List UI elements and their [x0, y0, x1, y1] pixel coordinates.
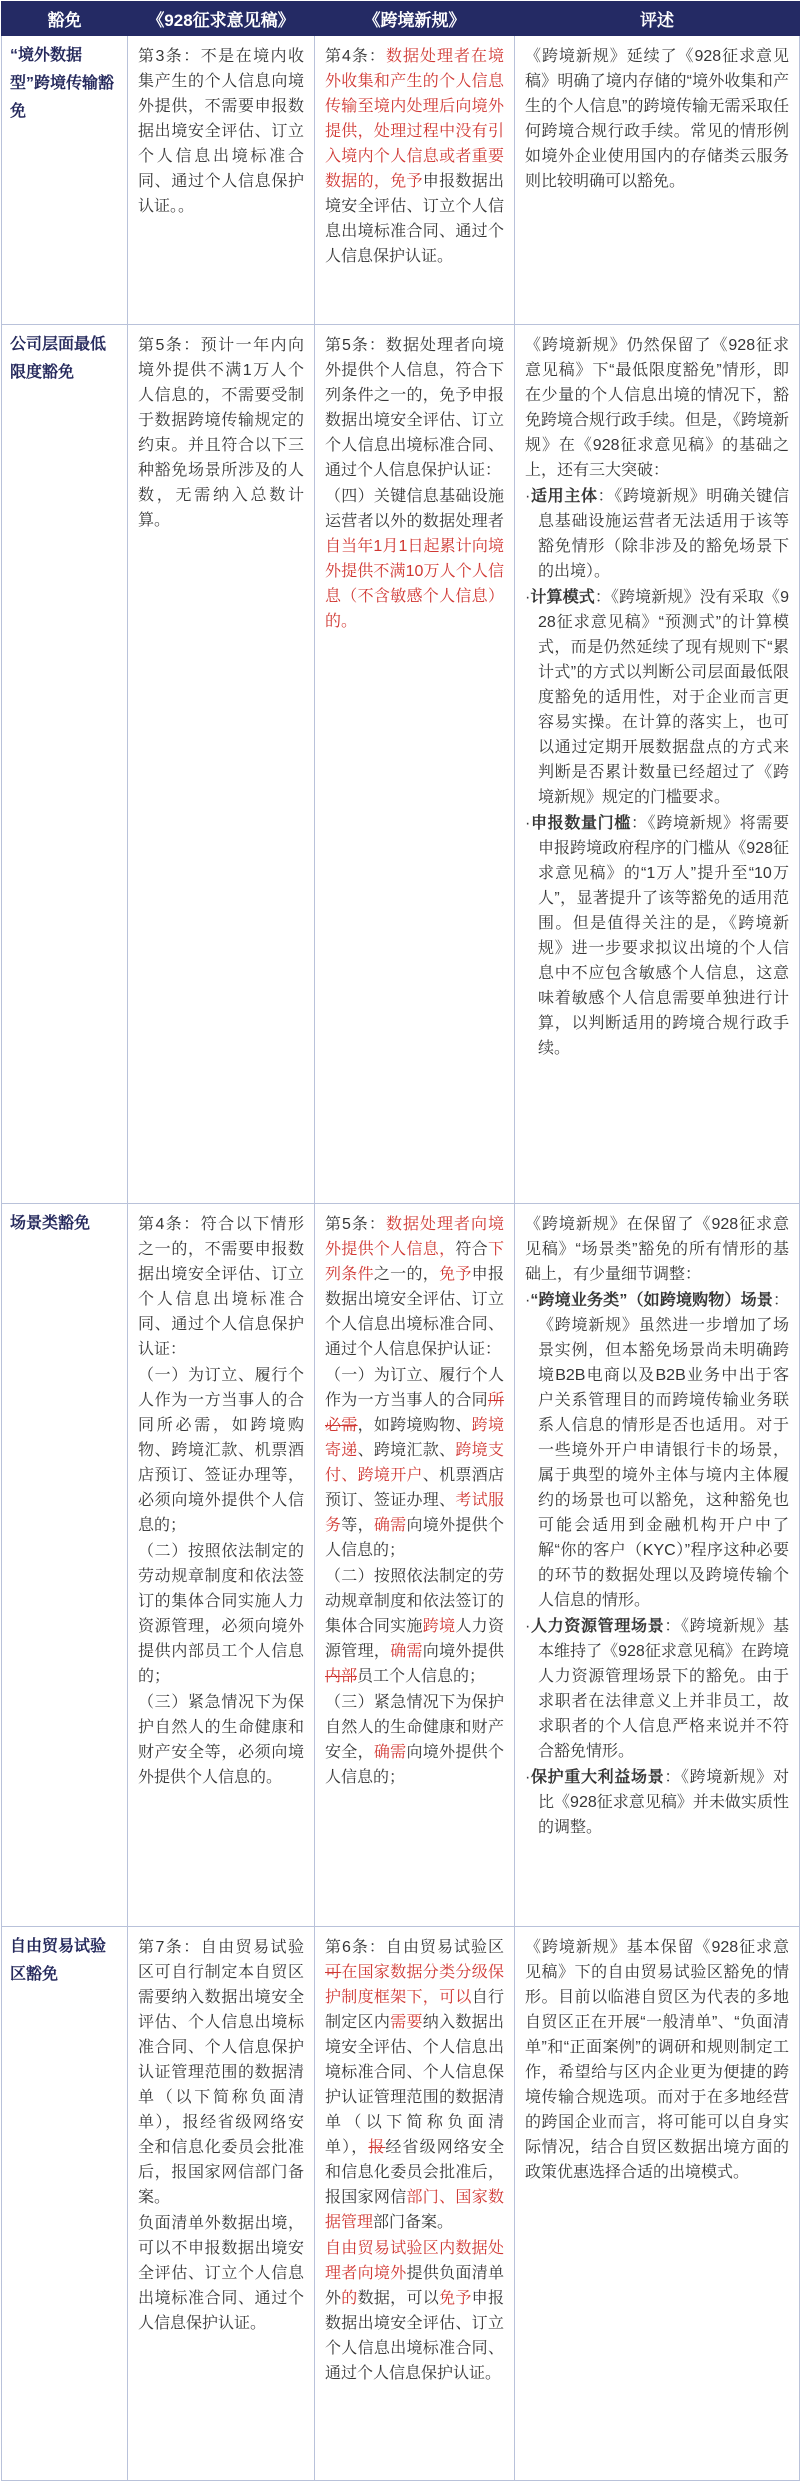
cell-commentary: 《跨境新规》仍然保留了《928征求意见稿》下“最低限度豁免”情形，即在少量的个人…	[515, 325, 800, 1204]
text-segment: 第5条：数据处理者向境外提供个人信息，符合下列条件之一的，免予申报数据出境安全评…	[325, 337, 504, 479]
text-segment: 数据，可以	[358, 2290, 439, 2307]
text-segment: 第3条：不是在境内收集产生的个人信息向境外提供，不需要申报数据出境安全评估、订立…	[138, 48, 304, 215]
paragraph: 第4条：数据处理者在境外收集和产生的个人信息传输至境内处理后向境外提供，处理过程…	[325, 44, 504, 269]
cell-draft928: 第5条：预计一年内向境外提供不满1万人个人信息的，不需要受制于数据跨境传输规定的…	[128, 325, 315, 1204]
bullet-paragraph: 保护重大利益场景：《跨境新规》对比《928征求意见稿》并未做实质性的调整。	[525, 1765, 789, 1840]
text-segment: 等，	[341, 1517, 374, 1534]
text-segment: 第4条：符合以下情形之一的，不需要申报数据出境安全评估、订立个人信息出境标准合同…	[138, 1216, 304, 1358]
table-row: “境外数据型”跨境传输豁免第3条：不是在境内收集产生的个人信息向境外提供，不需要…	[2, 36, 800, 325]
text-segment: 跨境	[423, 1618, 456, 1635]
paragraph: 第5条：数据处理者向境外提供个人信息，符合下列条件之一的，免予申报数据出境安全评…	[325, 333, 504, 483]
text-segment: 确需	[374, 1744, 407, 1761]
text-segment: 第5条：预计一年内向境外提供不满1万人个人信息的，不需要受制于数据跨境传输规定的…	[138, 337, 304, 529]
paragraph: （一）为订立、履行个人作为一方当事人的合同所必需，如跨境购物、跨境寄递、跨境汇款…	[325, 1363, 504, 1563]
text-segment: 确需	[390, 1643, 423, 1660]
text-segment: 负面清单外数据出境，可以不申报数据出境安全评估、订立个人信息出境标准合同、通过个…	[138, 2215, 304, 2332]
cell-new-rules: 第5条：数据处理者向境外提供个人信息，符合下列条件之一的，免予申报数据出境安全评…	[315, 325, 515, 1204]
paragraph: （二）按照依法制定的劳动规章制度和依法签订的集体合同实施人力资源管理，必须向境外…	[138, 1539, 304, 1689]
text-segment: 的	[341, 2290, 357, 2307]
comparison-table: 豁免 《928征求意见稿》 《跨境新规》 评述 “境外数据型”跨境传输豁免第3条…	[1, 1, 800, 2481]
text-segment: 、跨境汇款、	[358, 1442, 456, 1459]
paragraph: 《跨境新规》基本保留《928征求意见稿》下的自由贸易试验区豁免的情形。目前以临港…	[525, 1935, 789, 2185]
table-row: 自由贸易试验区豁免第7条：自由贸易试验区可自行制定本自贸区需要纳入数据出境安全评…	[2, 1927, 800, 2481]
text-segment: 第4条：	[325, 48, 386, 65]
text-segment: 《跨境新规》延续了《928征求意见稿》明确了境内存储的“境外收集和产生的个人信息…	[525, 48, 789, 190]
table-body: “境外数据型”跨境传输豁免第3条：不是在境内收集产生的个人信息向境外提供，不需要…	[2, 36, 800, 2481]
text-segment: 适用主体	[530, 488, 597, 505]
paragraph: 第4条：符合以下情形之一的，不需要申报数据出境安全评估、订立个人信息出境标准合同…	[138, 1212, 304, 1362]
text-segment: 纳入数据出境安全评估、个人信息出境标准合同、个人信息保护认证管理范围的数据清单（…	[325, 2014, 504, 2156]
text-segment: 确需	[374, 1517, 407, 1534]
cell-new-rules: 第5条：数据处理者向境外提供个人信息，符合下列条件之一的，免予申报数据出境安全评…	[315, 1204, 515, 1927]
cell-draft928: 第4条：符合以下情形之一的，不需要申报数据出境安全评估、订立个人信息出境标准合同…	[128, 1204, 315, 1927]
paragraph: 《跨境新规》在保留了《928征求意见稿》“场景类”豁免的所有情形的基础上，有少量…	[525, 1212, 789, 1287]
text-segment: （二）按照依法制定的劳动规章制度和依法签订的集体合同实施人力资源管理，必须向境外…	[138, 1543, 304, 1685]
text-segment: 《跨境新规》仍然保留了《928征求意见稿》下“最低限度豁免”情形，即在少量的个人…	[525, 337, 789, 479]
text-segment: 计算模式	[530, 589, 595, 606]
text-segment: 数据处理者在境外收集和产生的个人信息传输至境内处理后向境外提供，处理过程中没有引…	[325, 48, 504, 190]
cell-commentary: 《跨境新规》延续了《928征求意见稿》明确了境内存储的“境外收集和产生的个人信息…	[515, 36, 800, 325]
cell-commentary: 《跨境新规》基本保留《928征求意见稿》下的自由贸易试验区豁免的情形。目前以临港…	[515, 1927, 800, 2481]
row-label: “境外数据型”跨境传输豁免	[2, 36, 128, 325]
text-segment: 之一的，	[374, 1266, 439, 1283]
text-segment: 第6条：自由贸易试验区	[325, 1939, 504, 1956]
paragraph: 《跨境新规》延续了《928征求意见稿》明确了境内存储的“境外收集和产生的个人信息…	[525, 44, 789, 194]
cell-commentary: 《跨境新规》在保留了《928征求意见稿》“场景类”豁免的所有情形的基础上，有少量…	[515, 1204, 800, 1927]
table-row: 场景类豁免第4条：符合以下情形之一的，不需要申报数据出境安全评估、订立个人信息出…	[2, 1204, 800, 1927]
header-exemption: 豁免	[2, 2, 128, 36]
cell-draft928: 第3条：不是在境内收集产生的个人信息向境外提供，不需要申报数据出境安全评估、订立…	[128, 36, 315, 325]
text-segment: （一）为订立、履行个人作为一方当事人的合同	[325, 1367, 504, 1409]
header-commentary: 评述	[515, 2, 800, 36]
text-segment: 自当年1月1日起累计向境外提供不满10万人个人信息（不含敏感个人信息）的。	[325, 538, 504, 630]
text-segment: 人力资源管理场景	[530, 1618, 664, 1635]
bullet-paragraph: “跨境业务类”（如跨境购物）场景：《跨境新规》虽然进一步增加了场景实例，但本豁免…	[525, 1288, 789, 1613]
text-segment: 员工个人信息的；	[357, 1668, 485, 1685]
row-label: 公司层面最低限度豁免	[2, 325, 128, 1204]
text-segment: ：《跨境新规》虽然进一步增加了场景实例，但本豁免场景尚未明确跨境B2B电商以及B…	[538, 1292, 789, 1609]
paragraph: 负面清单外数据出境，可以不申报数据出境安全评估、订立个人信息出境标准合同、通过个…	[138, 2211, 304, 2336]
paragraph: 第6条：自由贸易试验区可在国家数据分类分级保护制度框架下，可以自行制定区内需要纳…	[325, 1935, 504, 2235]
paragraph: 第7条：自由贸易试验区可自行制定本自贸区需要纳入数据出境安全评估、个人信息出境标…	[138, 1935, 304, 2210]
paragraph: 第3条：不是在境内收集产生的个人信息向境外提供，不需要申报数据出境安全评估、订立…	[138, 44, 304, 219]
text-segment: 第7条：自由贸易试验区可自行制定本自贸区需要纳入数据出境安全评估、个人信息出境标…	[138, 1939, 304, 2206]
text-segment: 部门备案。	[373, 2214, 453, 2231]
text-segment: ：《跨境新规》基本维持了《928征求意见稿》在跨境人力资源管理场景下的豁免。由于…	[538, 1618, 789, 1760]
text-segment: 免予	[439, 1266, 472, 1283]
text-segment: 《跨境新规》基本保留《928征求意见稿》下的自由贸易试验区豁免的情形。目前以临港…	[525, 1939, 789, 2181]
bullet-paragraph: 申报数量门槛：《跨境新规》将需要申报跨境政府程序的门槛从《928征求意见稿》的“…	[525, 811, 789, 1061]
text-segment: “跨境业务类”（如跨境购物）场景	[530, 1292, 773, 1309]
paragraph: （一）为订立、履行个人作为一方当事人的合同所必需，如跨境购物、跨境汇款、机票酒店…	[138, 1363, 304, 1538]
row-label: 场景类豁免	[2, 1204, 128, 1927]
paragraph: 第5条：预计一年内向境外提供不满1万人个人信息的，不需要受制于数据跨境传输规定的…	[138, 333, 304, 533]
text-segment: 报	[368, 2139, 385, 2156]
paragraph: 《跨境新规》仍然保留了《928征求意见稿》下“最低限度豁免”情形，即在少量的个人…	[525, 333, 789, 483]
text-segment: 需要	[390, 2014, 423, 2031]
paragraph: 第5条：数据处理者向境外提供个人信息，符合下列条件之一的，免予申报数据出境安全评…	[325, 1212, 504, 1362]
text-segment: 保护重大利益场景	[530, 1769, 664, 1786]
row-label: 自由贸易试验区豁免	[2, 1927, 128, 2481]
bullet-paragraph: 适用主体：《跨境新规》明确关键信息基础设施运营者无法适用于该等豁免情形（除非涉及…	[525, 484, 789, 584]
cell-new-rules: 第6条：自由贸易试验区可在国家数据分类分级保护制度框架下，可以自行制定区内需要纳…	[315, 1927, 515, 2481]
text-segment: 《跨境新规》在保留了《928征求意见稿》“场景类”豁免的所有情形的基础上，有少量…	[525, 1216, 789, 1283]
text-segment: 免予	[439, 2290, 472, 2307]
paragraph: （三）紧急情况下为保护自然人的生命健康和财产安全，确需向境外提供个人信息的；	[325, 1690, 504, 1790]
text-segment: 内部	[325, 1668, 357, 1685]
text-segment: 申报数量门槛	[530, 815, 631, 832]
bullet-paragraph: 人力资源管理场景：《跨境新规》基本维持了《928征求意见稿》在跨境人力资源管理场…	[525, 1614, 789, 1764]
header-draft928: 《928征求意见稿》	[128, 2, 315, 36]
text-segment: ，如跨境购物、	[358, 1417, 472, 1434]
cell-new-rules: 第4条：数据处理者在境外收集和产生的个人信息传输至境内处理后向境外提供，处理过程…	[315, 36, 515, 325]
paragraph: （四）关键信息基础设施运营者以外的数据处理者自当年1月1日起累计向境外提供不满1…	[325, 484, 504, 634]
text-segment: 向境外提供	[423, 1643, 504, 1660]
text-segment: （一）为订立、履行个人作为一方当事人的合同所必需，如跨境购物、跨境汇款、机票酒店…	[138, 1367, 304, 1534]
bullet-paragraph: 计算模式：《跨境新规》没有采取《928征求意见稿》“预测式”的计算模式，而是仍然…	[525, 585, 789, 810]
paragraph: （二）按照依法制定的劳动规章制度和依法签订的集体合同实施跨境人力资源管理，确需向…	[325, 1564, 504, 1689]
text-segment: ：《跨境新规》没有采取《928征求意见稿》“预测式”的计算模式，而是仍然延续了现…	[538, 589, 789, 806]
text-segment: （三）紧急情况下为保护自然人的生命健康和财产安全等，必须向境外提供个人信息的。	[138, 1694, 304, 1786]
table-row: 公司层面最低限度豁免第5条：预计一年内向境外提供不满1万人个人信息的，不需要受制…	[2, 325, 800, 1204]
text-segment: 第5条：	[325, 1216, 386, 1233]
table-header-row: 豁免 《928征求意见稿》 《跨境新规》 评述	[2, 2, 800, 36]
text-segment: ：《跨境新规》将需要申报跨境政府程序的门槛从《928征求意见稿》的“1万人”提升…	[538, 815, 789, 1057]
text-segment: （四）关键信息基础设施运营者以外的数据处理者	[325, 488, 504, 530]
paragraph: （三）紧急情况下为保护自然人的生命健康和财产安全等，必须向境外提供个人信息的。	[138, 1690, 304, 1790]
cell-draft928: 第7条：自由贸易试验区可自行制定本自贸区需要纳入数据出境安全评估、个人信息出境标…	[128, 1927, 315, 2481]
text-segment: 可	[325, 1964, 341, 1981]
paragraph: 自由贸易试验区内数据处理者向境外提供负面清单外的数据，可以免予申报数据出境安全评…	[325, 2236, 504, 2386]
header-new-rules: 《跨境新规》	[315, 2, 515, 36]
text-segment: 符合	[455, 1241, 488, 1258]
